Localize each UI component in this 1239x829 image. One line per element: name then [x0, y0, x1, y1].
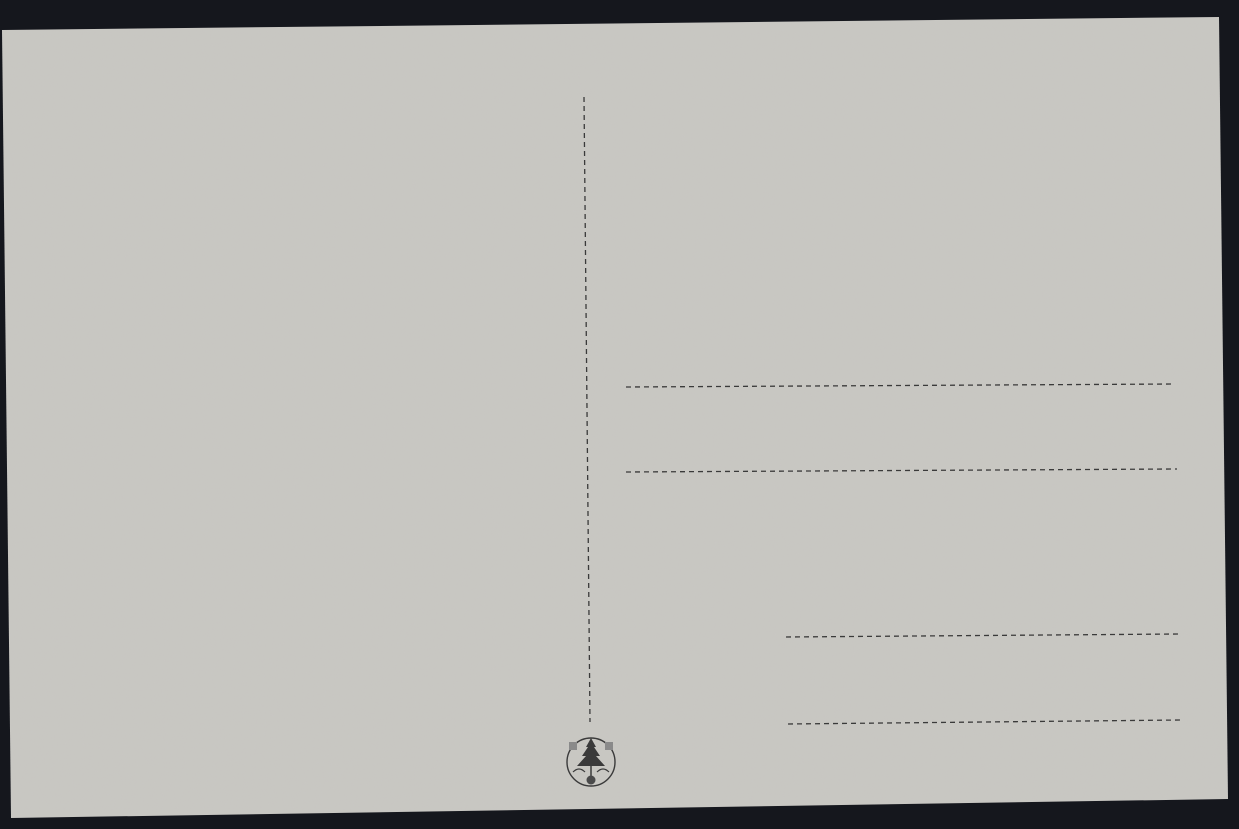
postcard-paper — [2, 17, 1228, 818]
postcard-back — [0, 0, 1239, 829]
